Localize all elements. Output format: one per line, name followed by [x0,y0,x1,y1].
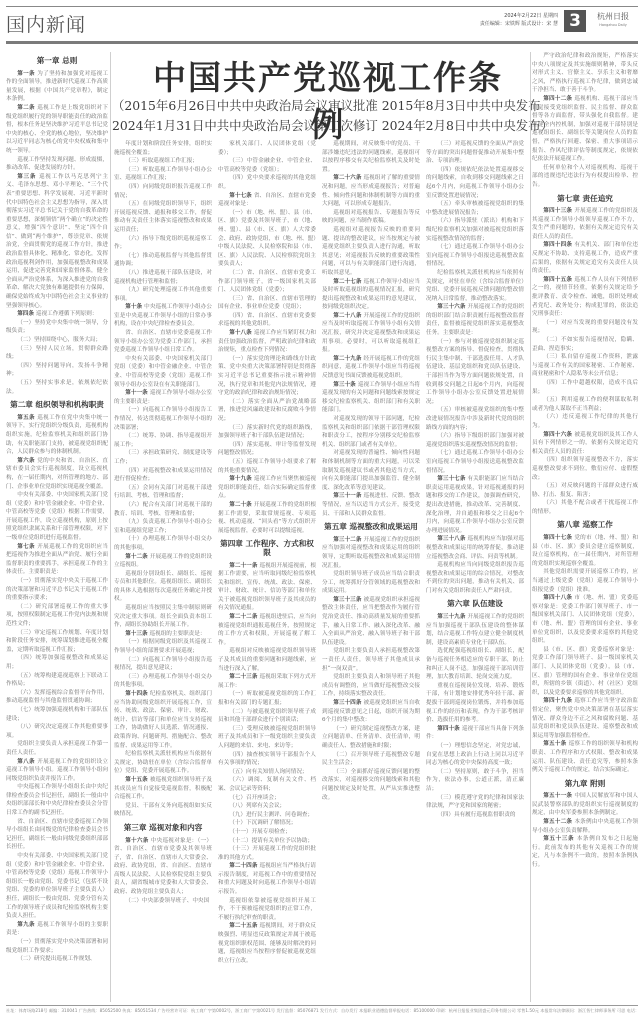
article-number: 第十七条 [229,193,254,199]
article-paragraph: （二）中央部委领导班子、中央国 [114,897,212,906]
article-number: 第十九条 [229,476,254,482]
paper-name-en: Hangzhou Daily [590,21,636,30]
paragraph-text: （一）向巡视工作领导小组报告工作情况，传达贯彻巡视工作领导小组的决策部署； [114,407,212,430]
article-number: 第四十九条 [543,698,574,704]
paragraph-text: （三）对巡视反馈的全面从严治党等方面的突出问题督促推动开展集中整治、专项治理； [426,141,524,164]
chapter-heading: 第五章 巡视整改和成果运用 [322,523,420,532]
paragraph-text: （四）省、自治区、直辖市党委要求巡视的其他党组织。 [218,313,316,328]
paper-logo: 杭州日报 Hangzhou Daily [590,12,636,30]
article-paragraph: 第三十二条 开展巡视工作的党组织应当加强对巡视整改和成果运用的组织领导，定期听取… [322,536,420,570]
article-number: 第五十三条 [543,836,577,842]
article-paragraph: （六）其他不配合或者干扰巡视工作的情形。 [532,499,638,516]
article-number: 第十条 [125,304,144,310]
article-number: 第四十三条 [543,208,574,214]
paragraph-text: 纪检监察机关派驻机构应当依据有关规定，协助驻在单位（含综合监督单位）党组、党委开… [114,751,212,774]
issue-date: 2024年2月22日 星期四 [480,12,558,20]
paragraph-text: 巡视工作遵循下列原则： [36,311,98,317]
article-paragraph: （二）向巡视工作领导小组报告巡视情况，提出意见建议； [114,656,212,673]
article-paragraph: 党组织主要负责人承担巡视工作第一责任人责任。 [6,740,108,757]
paragraph-text: （九）进行民主测评、问卷调查； [229,812,313,818]
chapter-heading: 第七章 责任追究 [532,195,638,204]
paragraph-text: 巡视组对巡视报告、专题报告等反映的问题，应当制作底稿。 [322,210,420,225]
article-paragraph: （二）坚持原则，敢于斗争，担当作为，依法办事，公道正派，清正廉洁； [426,768,524,794]
paragraph-text: （二）坚持原则，敢于斗争，担当作为，依法办事，公道正派，清正廉洁； [426,769,524,792]
article-paragraph: （一）理想信念坚定，对党忠诚，自觉在思想上政治上行动上同以习近平同志为核心的党中… [426,742,524,768]
paragraph-text: 巡视期间，对反映集中的党员、干部涉嫌违纪违法的问题线索，巡视组可以按程序移交有关… [322,141,420,173]
article-paragraph: （四）对巡视整改和成果运用情况进行督促检查； [114,467,212,484]
paragraph-text: 中央有关部委、中央国家机关部门党组（党委）和中管金融企业、中管企业、中管高校等党… [6,492,108,541]
text-column-4: 巡视期间，对反映集中的党员、干部涉嫌违纪违法的问题线索，巡视组可以按程序移交有关… [322,140,420,1002]
paragraph-text: 中央有关部委、中央国家机关部门党组（党委）和中管金融企业、中管企业、中管高校等党… [114,356,212,388]
subhead-line-1: （2015年6月26日中共中央政治局会议审议批准 2015年8月3日中共中央发布 [112,96,540,116]
article-number: 第九条 [17,922,37,928]
article-paragraph: （十二）提请有关单位予以协助； [218,837,316,846]
article-subhead: （2015年6月26日中共中央政治局会议审议批准 2015年8月3日中共中央发布… [112,96,540,136]
article-paragraph: （一）根据同级党组织及其巡视工作领导小组的部署要求开展巡视； [114,638,212,655]
paragraph-text: 巡视工作是上级党组织对下级党组织履行党的领导职能责任的政治监督，根本任务是坚决维… [6,105,108,154]
paragraph-text: 中央有关部委、中央国家机关部门党组（党委）和中管金融企业、中管企业、中管高校等党… [6,853,108,919]
paragraph-text: 省、自治区、直辖市党委巡视工作领导小组组长由同级党的纪律检查委员会书记担任，副组… [6,819,108,851]
article-number: 第十八条 [229,330,254,336]
article-paragraph: 其他党组织需要开展巡察工作的，应当通过上级党委（党组）巡视工作领导小组报党委（党… [532,568,638,594]
article-paragraph: （二）省、自治区、直辖市党委工作部门领导班子，省一级国家机关部门、人民团体党组（… [218,269,316,295]
chapter-heading: 第四章 工作程序、方式和权限 [218,540,316,557]
paragraph-text: 任何单位和个人对巡视机构、巡视干部的违规违纪违法行为有权提出检举、控告。 [532,165,638,188]
article-paragraph: （一）参与对被巡视党组织制定巡视整改方案的指导、督促检查，贯彻执行民主集中制、干… [426,338,524,407]
paragraph-text: （四）具有履行巡视监督职责的 [437,812,515,818]
article-number: 第五十条 [543,741,568,747]
column-divider [110,52,111,1002]
article-paragraph: 第三十一条 巡视进驻、反馈、整改等情况，应当以适当方式公开，接受党员、干部和人民… [322,492,420,518]
paragraph-text: 严守政治纪律和政治规矩，严格落实中央八项规定及其实施细则精神，带头反对形式主义、… [532,53,638,93]
article-paragraph: 第四十四条 有关机关、部门和单位违反规定不协助、支持巡视工作，造成严重后果的，依… [532,241,638,275]
paragraph-text: 其他党组织需要开展巡察工作的，应当通过上级党委（党组）巡视工作领导小组报党委（党… [532,569,638,592]
paragraph-text: 巡视组的主要职责是： [150,631,206,637]
article-paragraph: 中央有关部委、中央国家机关部门党组（党委）和中管金融企业、中管企业、中管高校等党… [6,491,108,543]
chapter-heading: 第三章 巡视对象和内容 [114,824,212,833]
paragraph-text: （九）负责巡视工作领导小组办公室和巡视组党建工作； [114,519,212,534]
article-paragraph: 第二条 巡视工作是上级党组织对下级党组织履行党的领导职能责任的政治监督，根本任务… [6,104,108,156]
paragraph-text: （三）省、自治区、直辖市管理的国有企业、事业单位党委（党组）； [218,296,316,311]
article-number: 第十六条 [125,838,151,844]
article-number: 第二十三条 [229,674,259,680]
article-number: 第八条 [17,759,37,765]
paragraph-text: （一）贯彻落实党中央决策部署和同级党组织工作要求； [6,939,108,954]
article-paragraph: （一）坚持党中央集中统一领导，分级负责； [6,319,108,336]
paragraph-text: （五）坚持实事求是，依规依纪依法。 [6,380,108,395]
paragraph-text: （五）利用巡视工作的便利谋取私利或者为他人谋取不正当利益； [532,397,638,412]
article-number: 第三十一条 [333,493,363,499]
paragraph-text: （三）坚持人民立场，贯彻群众路线； [6,346,108,361]
article-number: 第二条 [17,105,37,111]
paragraph-text: （四）工作中超越权限，造成不良后果； [532,380,638,395]
article-paragraph: （三）听取巡视组工作汇报； [114,157,212,166]
paragraph-text: （六）发挥巡视综合监督平台作用，推动巡视监督与其他监督贯通协调； [6,690,108,705]
paragraph-text: 纪检监察机关派驻机构应当依照有关规定，对驻在单位（含综合监督单位）党组、党委开展… [426,270,524,302]
article-paragraph: 第二十七条 巡视工作领导小组应当及时听取巡视组的巡视情况汇报，研究提出巡视整改和… [322,278,420,312]
article-paragraph: （五）对反映问题的干部群众进行威胁、打击、报复、陷害； [532,482,638,499]
article-paragraph: （四）统筹加强巡视整改和成果运用； [6,654,108,671]
article-paragraph: （四）坚持问题导向，发扬斗争精神； [6,362,108,379]
footer-rule [6,1005,638,1006]
paragraph-text: （十一）开展专项检查； [229,829,291,835]
paragraph-text: 家机关部门、人民团体党组（党委）； [218,141,316,156]
paragraph-text: 中央巡视对象是：（一）省、自治区、直辖市党委及其领导班子，省、自治区、直辖市人大… [114,838,212,896]
article-paragraph: （六）指导派驻（派出）机构和下级纪检监察机关加强对被巡视党组织落实巡视整改情况的… [426,217,524,243]
article-paragraph: 巡视组依靠被巡视党组织开展工作，不干预被巡视党组织的正常工作，不履行执纪审查的职… [218,897,316,923]
article-paragraph: 党组织主要负责人承担巡视整改第一责任人责任，领导班子其他成员承担“一岗双责”。 [322,647,420,673]
paragraph-text: 对巡视发现的普遍性、倾向性问题和体制机制等方面的重大问题，可以采取制发巡视建议书… [322,450,420,490]
article-paragraph: （六）违反巡视工作纪律的其他行为。 [532,413,638,430]
paragraph-text: 巡视机构、巡视干部应当自觉接受党组织监督、民主监督、群众监督等各方面监督，带头强… [532,96,638,162]
article-number: 第十一条 [125,390,150,396]
paragraph-text: （六）配合有关部门对巡视干部的教育、培训、考核、管理和监督； [114,502,212,517]
paragraph-text: 对巡视发现的领导干部问题，纪检监察机关和组织部门依据干部管理权限和职责分工，按程… [322,416,420,448]
article-number: 第四十六条 [543,432,574,438]
article-paragraph: 第三条 巡视工作以马克思列宁主义、毛泽东思想、邓小平理论、“三个代表”重要思想、… [6,173,108,311]
article-number: 第四十二条 [543,96,574,102]
article-paragraph: （三）受理反映被巡视党组织领导班子及其成员和下一级党组织主要负责人问题的来信、来… [218,725,316,751]
paragraph-text: （六）调阅、复制有关文件、档案、会议记录等资料； [218,777,316,792]
paragraph-text: （十）下沉调研了解情况； [229,820,296,826]
paragraph-text: 年度计划和阶段任务安排，组织实施巡视全覆盖； [114,141,212,156]
paragraph-text: （三）私自留存巡视工作资料，泄露与巡视工作有关的国家秘密、工作秘密、商业秘密和个… [532,354,638,377]
article-number: 第四十五条 [543,277,574,283]
article-paragraph: （四）工作中超越权限，造成不良后果； [532,379,638,396]
paragraph-text: （二）不如实报告巡视情况，隐瞒、歪曲、捏造事实； [532,337,638,352]
paragraph-text: （三）全面抓好巡视反馈问题的整改落实，对巡视移交的问题线索和其他问题按规定及时处… [322,769,420,801]
paragraph-text: 省、自治区、直辖市党委巡视工作领导小组办公室为党委工作部门，承担党委巡视工作领导… [114,330,212,353]
paragraph-text: （二）向巡视工作领导小组报告巡视情况，提出意见建议； [114,657,212,672]
article-paragraph: 第七条 开展巡视工作的党组织应当把巡视作为推进全面从严治党、履行全面监督职责的重… [6,543,108,577]
article-number: 第四十四条 [543,242,574,248]
article-paragraph: （一）研究制定巡视整改方案，建立问题清单、任务清单、责任清单，明确责任人、整改措… [322,725,420,751]
paragraph-text: 巡视组分别设组长、副组长、巡视专员和其他职位。巡视组组长、副组长的具体人选根据每… [114,571,212,603]
article-paragraph: 第十三条 巡视组的主要职责是： [114,630,212,639]
paragraph-text: 巡视机构应当向同级党组织报告巡视整改和成果运用的综合情况，对整改不到位的突出问题… [426,562,524,594]
paragraph-text: （二）统筹、协调、指导巡视组开展工作； [114,433,212,448]
article-paragraph: （三）办理巡视工作领导小组交办的其他事项。 [114,673,212,690]
subhead-line-2: 2024年1月31日中共中央政治局会议第二次修订 2024年2月8日中共中央发布… [112,116,540,136]
paragraph-text: （六）违反巡视工作纪律的其他行为。 [532,414,638,429]
paragraph-text: 被巡视党组织承担巡视整改主体责任，应当把整改作为履行管党治党责任、推动高质量发展… [322,597,420,646]
article-paragraph: 第四十三条 开展巡视工作的党组织及其巡视工作领导小组领导巡视工作不力，发生严重问… [532,207,638,241]
article-paragraph: 巡视组对巡视报告反映的重要问题、提出的整改建议，应当按规定与被巡视党组织主要负责… [322,226,420,278]
paragraph-text: 巡视工作坚持发现问题、形成震慑，推动改革、促进发展的方针。 [6,157,108,172]
article-number: 第十二条 [125,554,150,560]
paragraph-text: 重视在巡视岗位发现、培养、锻炼干部，有计划地安排优秀年轻干部、新提拔干部到巡视岗… [426,683,524,723]
article-paragraph: （九）负责巡视工作领导小组办公室和巡视组党建工作； [114,518,212,535]
article-paragraph: 纪检监察机关派驻机构应当依照有关规定，对驻在单位（含综合监督单位）党组、党委开展… [426,269,524,303]
article-paragraph: （十）下沉调研了解情况； [218,819,316,828]
article-paragraph: 第三十四条 被巡视党组织应当自收到巡视反馈意见之日起，组织开展为期6个月的集中整… [322,699,420,725]
article-number: 第四十七条 [543,535,574,541]
paragraph-text: （六）指导下级组织部门加强对被巡视党组织落实巡视整改情况的监督； [426,433,524,448]
article-paragraph: 县（市、区、旗）党委巡察对象是：党委工作部门领导班子、县一级国家机关部门、人民团… [532,646,638,698]
article-paragraph: （五）坚持实事求是，依规依纪依法。 [6,379,108,396]
article-paragraph: （四）落实巡视、审计等监督发现问题整改情况； [218,441,316,458]
article-paragraph: 任何单位和个人对巡视机构、巡视干部的违规违纪违法行为有权提出检举、控告。 [532,164,638,190]
article-paragraph: 党组织领导班子成员应当结合职责分工，统筹抓好分管领域的巡视整改和成果运用。 [322,570,420,596]
article-paragraph: （四）向同级党组织报告巡视工作情况； [114,183,212,200]
paragraph-text: （五）统筹构建巡视巡察上下联动工作格局； [6,673,108,688]
article-paragraph: （二）研究部署巡视工作的重大事项，按照权限制定巡视工作党内法规和规范性文件； [6,603,108,629]
paragraph-text: （四）落实巡视、审计等监督发现问题整改情况； [218,442,316,457]
article-paragraph: （三）省、自治区、直辖市管理的国有企业、事业单位党委（党组）； [218,295,316,312]
article-paragraph: 第五十二条 本条例由中央巡视工作领导小组办公室负责解释。 [532,818,638,835]
paragraph-text: （二）坚持围绕中心，服务大局； [17,337,101,343]
article-paragraph: （二）坚持围绕中心，服务大局； [6,336,108,345]
paragraph-text: （二）召开领导班子巡视整改专题民主生活会； [322,752,420,767]
article-number: 第五十二条 [543,819,574,825]
paragraph-text: （八）列席有关会议； [229,803,285,809]
article-paragraph: 选优配强巡视组组长、副组长，配备与巡视任务相适应的专职干部，防止和纠正人岗不适。… [426,647,524,681]
article-paragraph: （三）坚持人民立场，贯彻群众路线； [6,345,108,362]
article-paragraph: （二）落实全面从严治党战略部署，推进党风廉政建设和反腐败斗争情况； [218,398,316,424]
article-paragraph: 党组织主要负责人和领导班子其他成员有调整的，应当做好巡视整改交接工作，持续落实整… [322,673,420,699]
article-paragraph: 巡视工作坚持发现问题、形成震慑，推动改革、促进发展的方针。 [6,156,108,173]
article-paragraph: （四）组织领导巡视整改不力，落实巡视整改要求不到位，敷衍应付、虚假整改； [532,456,638,482]
paragraph-text: （一）听取被巡视党组织的工作汇报和有关部门的专题汇报； [218,691,316,706]
paragraph-text: （五）向有关知情人询问情况； [229,769,307,775]
article-paragraph: 第四十二条 巡视机构、巡视干部应当自觉接受党组织监督、民主监督、群众监督等各方面… [532,95,638,164]
issue-meta: 2024年2月22日 星期四 责任编辑：宋铁辉 版式设计：宋 慧 [480,12,558,28]
article-paragraph: 第十八条 巡视工作应当紧盯权力和责任加强政治监督，严明政治纪律和政治规矩，重点检… [218,329,316,355]
article-paragraph: 第四十九条 巡察工作应当坚守政治监督定位，聚焦党中央决策部署在基层落实情况、群众… [532,697,638,740]
article-number: 第二十一条 [229,563,259,569]
paragraph-text: （七）通过巡视工作领导小组办公室向巡视工作领导小组报送巡视整改监督情况。 [426,450,524,473]
page-number: 3 [564,10,586,32]
article-paragraph: 第四条 巡视工作遵循下列原则： [6,310,108,319]
paragraph-text: （七）推动巡视监督与其他监督贯通协调； [114,253,212,268]
article-paragraph: （七）推动巡视监督与其他监督贯通协调； [114,252,212,269]
article-paragraph: （五）向有关知情人询问情况； [218,768,316,777]
article-number: 第十四条 [125,691,150,697]
article-paragraph: 省、自治区、直辖市党委巡视工作领导小组组长由同级党的纪律检查委员会书记担任，副组… [6,818,108,852]
article-paragraph: 纪检监察机关派驻机构应当依据有关规定，协助驻在单位（含综合监督单位）党组、党委开… [114,750,212,776]
paragraph-text: （六）指导派驻（派出）机构和下级纪检监察机关加强对被巡视党组织落实巡视整改情况的… [426,218,524,241]
text-column-5: （三）对巡视反馈的全面从严治党等方面的突出问题督促推动开展集中整治、专项治理；（… [426,140,524,1002]
article-paragraph: 严守政治纪律和政治规矩，严格落实中央八项规定及其实施细则精神，带头反对形式主义、… [532,52,638,95]
article-paragraph: 家机关部门、人民团体党组（党委）； [218,140,316,157]
article-paragraph: 巡视组应当按照民主集中制原则研究决定重大事项。组长全面负责本组工作，副组长协助组… [114,604,212,630]
article-paragraph: 第五十三条 本条例自发布之日起施行。此前发布的其他有关巡视工作的规定，凡与本条例… [532,835,638,869]
article-paragraph: （三）对巡视反馈的全面从严治党等方面的突出问题督促推动开展集中整治、专项治理； [426,140,524,166]
paragraph-text: （二）中央部委领导班子、中央国 [125,898,209,904]
article-number: 第二十八条 [333,313,363,319]
article-number: 第五条 [17,415,37,421]
paragraph-text: 巡视期间，对于群众反映强烈、明显违反政策规定并属于被巡视党组织职权范围、能够及时… [218,923,316,963]
article-paragraph: （九）进行民主测评、问卷调查； [218,811,316,820]
article-paragraph: （五）审核被巡视党组织的集中整改进展情况报告中涉及新时代党的组织路线方面的内容； [426,406,524,432]
article-number: 第三十四条 [333,700,363,706]
paragraph-text: 有关职能部门应当结合职责运用巡视成果，针对巡视通报的问题和移交的工作建议，加强调… [426,476,524,534]
paragraph-text: 党员、干部有义务向巡视组如实反映情况。 [114,803,212,818]
paragraph-text: （五）会同有关部门对巡视干部进行培训、考核、管理和监督； [114,485,212,500]
article-paragraph: 重视在巡视岗位发现、培养、锻炼干部，有计划地安排优秀年轻干部、新提拔干部到巡视岗… [426,682,524,725]
article-paragraph: （六）配合有关部门对巡视干部的教育、培训、考核、管理和监督； [114,501,212,518]
chapter-heading: 第九章 附则 [532,780,638,789]
article-paragraph: 中央有关部委、中央国家机关部门党组（党委）和中管金融企业、中管企业、中管高校等党… [6,852,108,921]
article-paragraph: 第五条 巡视工作在党中央集中统一领导下，实行党组织分级负责，巡视机构组织实施，纪… [6,414,108,457]
article-number: 第三十八条 [437,536,467,542]
article-paragraph: 第三十六条 开展巡视工作的党组织的组织部门结合职责履行巡视整改监督责任，监督被巡… [426,303,524,337]
paragraph-text: （五）在同级党组织领导下，组织开展巡视反馈、通报和移交工作，督促推动有关责任主体… [114,201,212,233]
paragraph-text: （一）参与对被巡视党组织制定巡视整改方案的指导、督促检查，贯彻执行民主集中制、干… [426,339,524,405]
paragraph-text: （五）对反映问题的干部群众进行威胁、打击、报复、陷害； [532,483,638,498]
paragraph-text: （一）对应当发现的重要问题没有发现； [532,320,638,335]
article-paragraph: （二）与被巡视党组织领导班子成员和其他干部群众进行个别谈话； [218,708,316,725]
article-paragraph: 对巡视发现的普遍性、倾向性问题和体制机制等方面的重大问题，可以采取制发巡视建议书… [322,449,420,492]
paragraph-text: （五）审核被巡视党组织的集中整改进展情况报告中涉及新时代党的组织路线方面的内容； [426,407,524,430]
paragraph-text: 巡视工作以马克思列宁主义、毛泽东思想、邓小平理论、“三个代表”重要思想、科学发展… [6,174,108,309]
article-paragraph: 第十四条 纪检监察机关、组织部门应当协助同级党组织开展巡视工作，宣传、统战、政法… [114,690,212,750]
paragraph-text: （七）统筹加强巡视机构和干部队伍建设； [6,707,108,722]
article-paragraph: （七）召开座谈会； [218,794,316,803]
article-paragraph: 第八条 开展巡视工作的党组织设立巡视工作领导小组。巡视工作领导小组向同级党组织负… [6,758,108,784]
top-rule [6,6,638,7]
paragraph-text: （一）落实党的理论和路线方针政策、党中央重大决策部署特别是贯彻落实习近平总书记重… [218,356,316,396]
article-paragraph: （八）列席有关会议； [218,802,316,811]
paragraph-text: （一）市（地、州、盟）、县（市、区、旗）党委及其领导班子，市（地、州、盟）、县（… [218,210,316,268]
article-paragraph: 巡视期间，对反映集中的党员、干部涉嫌违纪违法的问题线索，巡视组可以按程序移交有关… [322,140,420,174]
article-number: 第二十四条 [229,863,259,869]
article-paragraph: （十）办理巡视工作领导小组交办的其他事项。 [114,535,212,552]
article-paragraph: （三）私自留存巡视工作资料，泄露与巡视工作有关的国家秘密、工作秘密、商业秘密和个… [532,353,638,379]
paragraph-text: （六）指导下级党组织巡视巡察工作； [114,236,212,251]
paragraph-text: 县（市、区、旗）党委巡察对象是：党委工作部门领导班子、县一级国家机关部门、人民团… [532,647,638,696]
article-number: 第七条 [17,544,37,550]
article-paragraph: （九）研究处理巡视工作其他重要事项。 [114,286,212,303]
article-number: 第三十二条 [333,537,363,543]
article-paragraph: 第一条 为了坚持和加强党对巡视工作的全面领导，推进新时代巡视工作高质量发展，根据… [6,70,108,104]
article-number: 第三十条 [333,382,358,388]
article-number: 第二十条 [229,502,254,508]
article-paragraph: 第三十条 巡视工作领导小组应当将巡视发现的有关问题和问题线索按规定移交纪检监察机… [322,381,420,415]
text-column-3: 家机关部门、人民团体党组（党委）；（三）中管金融企业、中管企业、中管高校等党委（… [218,140,316,1002]
article-paragraph: （一）落实党的理论和路线方针政策、党中央重大决策部署特别是贯彻落实习近平总书记重… [218,355,316,398]
paragraph-text: （三）听取巡视组工作汇报； [125,158,198,164]
article-paragraph: （三）落实新时代党的组织路线，加强领导班子和干部队伍建设情况； [218,424,316,441]
paragraph-text: （四）抽查核实领导干部报告个人有关事项的情况； [218,752,316,767]
article-paragraph: （四）抽查核实领导干部报告个人有关事项的情况； [218,751,316,768]
article-number: 第十五条 [125,777,150,783]
article-paragraph: 第四十六条 被巡视党组织及其工作人员有下列情形之一的，依据有关规定追究相关责任人… [532,431,638,457]
article-number: 第一条 [17,71,37,77]
paragraph-text: （一）坚持党中央集中统一领导，分级负责； [6,320,108,335]
paragraph-text: （三）落实新时代党的组织路线，加强领导班子和干部队伍建设情况； [218,425,316,440]
article-paragraph: 对巡视发现的领导干部问题，纪检监察机关和组织部门依据干部管理权限和职责分工，按程… [322,415,420,449]
paragraph-text: （四）坚持问题导向，发扬斗争精神； [6,363,108,378]
paragraph-text: （三）承担政策研究、制度建设等工作； [114,450,212,465]
paragraph-text: （四）向同级党组织报告巡视工作情况； [114,184,212,199]
paragraph-text: 巡视组应当按照民主集中制原则研究决定重大事项。组长全面负责本组工作，副组长协助组… [114,605,212,628]
paragraph-text: （二）落实全面从严治党战略部署，推进党风廉政建设和反腐败斗争情况； [218,399,316,422]
article-paragraph: （十三）开展巡视工作的党组织批准的其他方式。 [218,845,316,862]
article-number: 第五十一条 [543,793,574,799]
article-paragraph: 第四十八条 市（地、州、盟）党委巡察对象是：党委工作部门领导班子、市一级国家机关… [532,594,638,646]
paragraph-text: （一）研究制定巡视整改方案，建立问题清单、任务清单、责任清单，明确责任人、整改措… [322,726,420,749]
paragraph-text: （三）办理巡视工作领导小组交办的其他事项。 [114,674,212,689]
article-number: 第三十九条 [437,614,467,620]
article-paragraph: 第二十九条 经开展巡视工作的党组织同意，巡视工作领导小组应当将巡视反馈意见书面反… [322,355,420,381]
article-number: 第三条 [17,174,39,180]
article-paragraph: 第十条 中央巡视工作领导小组办公室是中央巡视工作领导小组的日常办事机构，设在中央… [114,303,212,329]
masthead: 国内新闻 2024年2月22日 星期四 责任编辑：宋铁辉 版式设计：宋 慧 3 … [6,8,638,38]
paragraph-text: （十）办理巡视工作领导小组交办的其他事项。 [114,536,212,551]
paragraph-text: （三）模范遵守党的纪律和国家法律法规，严守党和国家的秘密； [426,795,524,810]
article-paragraph: （五）统筹构建巡视巡察上下联动工作格局； [6,672,108,689]
article-paragraph: （二）研究提出巡视工作规划、 [6,955,108,964]
paragraph-text: （四）组织领导巡视整改不力，落实巡视整改要求不到位，敷衍应付、虚假整改； [532,457,638,480]
article-paragraph: 第十九条 巡视工作应当聚焦被巡视党组织职能责任，结合实际确定监督重点。 [218,475,316,501]
article-paragraph: 第五十条 巡察工作的组织领导和机构职责、工作程序和方式权限、整改和成果运用、队伍… [532,740,638,774]
editors: 责任编辑：宋铁辉 版式设计：宋 慧 [480,20,558,28]
article-paragraph: （三）模范遵守党的纪律和国家法律法规，严守党和国家的秘密； [426,794,524,811]
paragraph-text: 党组织主要负责人承担巡视工作第一责任人责任。 [6,741,108,756]
paragraph-text: （十三）开展巡视工作的党组织批准的其他方式。 [218,846,316,861]
article-paragraph: 中央有关部委、中央国家机关部门党组（党委）和中管金融企业、中管企业、中管高校等党… [114,355,212,389]
paragraph-text: （五）巡视工作领导小组要求了解的其他重要情况。 [218,459,316,474]
paragraph-text: 巡视组开展巡视前，根据工作需要，应当听取同级纪检监察机关和组织、宣传、统战、政法… [218,563,316,612]
article-paragraph: （二）统筹、协调、指导巡视组开展工作； [114,432,212,449]
article-paragraph: （四）党中央要求巡视的其他党组织。 [218,174,316,191]
article-paragraph: 第四十条 巡视干部应当具备下列条件： [426,725,524,742]
paragraph-text: 党组织主要负责人承担巡视整改第一责任人责任，领导班子其他成员承担“一岗双责”。 [322,648,420,671]
article-paragraph: 第二十条 开展巡视工作的党组织根据工作需要，采取常规巡视、专项巡视、机动巡视、“… [218,501,316,535]
article-paragraph: 第三十八条 巡视机构应当加强对巡视整改和成果运用的统筹督促，推动建立巡视整改会商… [426,535,524,561]
article-number: 第六条 [17,458,37,464]
article-paragraph: 第十七条 省、自治区、直辖市党委巡视对象是： [218,192,316,209]
paragraph-text: 党组织领导班子成员应当结合职责分工，统筹抓好分管领域的巡视整改和成果运用。 [322,571,420,594]
paragraph-text: （二）与被巡视党组织领导班子成员和其他干部群众进行个别谈话； [218,709,316,724]
article-paragraph: （一）对应当发现的重要问题没有发现； [532,319,638,336]
article-paragraph: 第十六条 中央巡视对象是：（一）省、自治区、直辖市党委及其领导班子，省、自治区、… [114,837,212,897]
article-paragraph: （五）巡视工作领导小组要求了解的其他重要情况。 [218,458,316,475]
article-paragraph: （四）省、自治区、直辖市党委要求巡视的其他党组织。 [218,312,316,329]
article-paragraph: （二）不如实报告巡视情况，隐瞒、歪曲、捏造事实； [532,336,638,353]
paragraph-text: （一）理想信念坚定，对党忠诚，自觉在思想上政治上行动上同以习近平同志为核心的党中… [426,743,524,766]
article-paragraph: 第三十九条 开展巡视工作的党组织应当加强巡视干部队伍建设的整体谋划，结合巡视工作… [426,613,524,647]
paragraph-text: （七）通过巡视工作领导小组办公室向巡视工作领导小组报送巡视整改监督情况。 [426,244,524,267]
article-paragraph: （八）推进巡视干部队伍建设，对巡视机构进行管理和监督； [114,269,212,286]
column-divider [530,52,531,1002]
section-title: 国内新闻 [6,10,86,37]
article-paragraph: 中央巡视工作领导小组组长由中央纪律检查委员会书记担任，副组长一般由中央组织部部长… [6,783,108,817]
paragraph-text: （二）研究提出巡视工作规划、 [17,956,95,962]
paragraph-text: 巡视组对巡视报告反映的重要问题、提出的整改建议，应当按规定与被巡视党组织主要负责… [322,227,420,276]
article-paragraph: 第九条 巡视工作领导小组的主要职责是： [6,921,108,938]
paragraph-text: （一）根据同级党组织及其巡视工作领导小组的部署要求开展巡视； [114,639,212,654]
paragraph-text: （四）依规依纪依法处置巡视移交的问题线索，自收到移交问题线索之日起6个月内，向巡… [426,167,524,199]
article-paragraph: （一）市（地、州、盟）、县（市、区、旗）党委及其领导班子，市（地、州、盟）、县（… [218,209,316,269]
paragraph-text: （三）受理反映被巡视党组织领导班子及其成员和下一级党组织主要负责人问题的来信、来… [218,726,316,749]
paragraph-text: 市（地、州、盟）党委巡察对象是：党委工作部门领导班子、市一级国家机关部门、人民团… [532,595,638,644]
paragraph-text: （九）研究处理巡视工作其他重要事项。 [114,287,212,302]
paragraph-text: （四）对巡视整改和成果运用情况进行督促检查； [114,468,212,483]
article-paragraph: （四）依规依纪依法处置巡视移交的问题线索，自收到移交问题线索之日起6个月内，向巡… [426,166,524,200]
article-paragraph: 第二十五条 巡视期间，对于群众反映强烈、明显违反政策规定并属于被巡视党组织职权范… [218,922,316,965]
article-paragraph: （四）具有履行巡视监督职责的 [426,811,524,820]
article-paragraph: （十一）开展专项检查； [218,828,316,837]
article-number: 第二十二条 [229,614,259,620]
article-number: 第十三条 [125,631,149,637]
article-paragraph: （三）承担政策研究、制度建设等工作； [114,449,212,466]
article-number: 第二十六条 [333,175,363,181]
article-paragraph: （三）审定巡视工作规划、年度计划和阶段任务安排，统筹谋划推进巡视全覆盖，定期听取… [6,629,108,655]
paragraph-text: 中央巡视工作领导小组组长由中央纪律检查委员会书记担任，副组长一般由中央组织部部长… [6,784,108,816]
paragraph-text: 党组织主要负责人和领导班子其他成员有调整的，应当做好巡视整改交接工作，持续落实整… [322,674,420,697]
